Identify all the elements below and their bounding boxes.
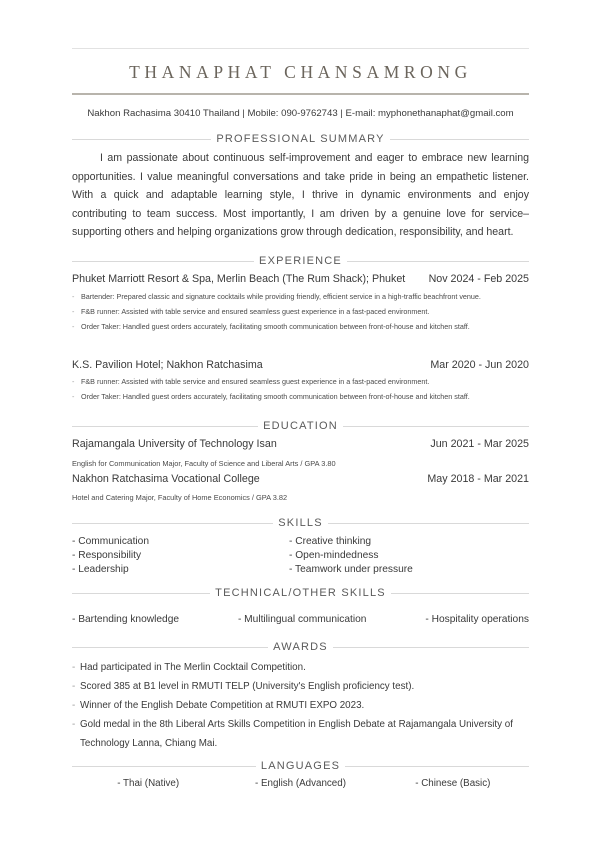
list-item: -F&B runner: Assisted with table service… bbox=[72, 377, 529, 387]
dash-icon: - bbox=[72, 292, 74, 302]
dash-icon: - bbox=[72, 715, 75, 734]
dash-icon: - bbox=[72, 392, 74, 402]
job-employer: Phuket Marriott Resort & Spa, Merlin Bea… bbox=[72, 273, 405, 285]
job-dates: Nov 2024 - Feb 2025 bbox=[429, 273, 529, 285]
school-detail: Hotel and Catering Major, Faculty of Hom… bbox=[72, 493, 529, 502]
name-divider bbox=[72, 93, 529, 95]
section-title: LANGUAGES bbox=[256, 760, 345, 772]
candidate-name: THANAPHAT CHANSAMRONG bbox=[72, 62, 529, 83]
list-item: -Scored 385 at B1 level in RMUTI TELP (U… bbox=[72, 677, 529, 696]
skill-item: - Open-mindedness bbox=[289, 549, 529, 563]
awards-list: -Had participated in The Merlin Cocktail… bbox=[72, 658, 529, 753]
divider-line bbox=[72, 647, 268, 648]
dash-icon: - bbox=[72, 677, 75, 696]
skills-list: - Communication - Responsibility - Leade… bbox=[72, 535, 529, 577]
section-title: EDUCATION bbox=[258, 420, 343, 432]
job-dates: Mar 2020 - Jun 2020 bbox=[430, 359, 529, 371]
school-header: Nakhon Ratchasima Vocational College May… bbox=[72, 473, 529, 485]
divider-line bbox=[72, 261, 254, 262]
list-item: -Bartender: Prepared classic and signatu… bbox=[72, 292, 529, 302]
section-header-languages: LANGUAGES bbox=[72, 759, 529, 773]
language-item: - Thai (Native) bbox=[72, 778, 224, 789]
job-header: Phuket Marriott Resort & Spa, Merlin Bea… bbox=[72, 273, 529, 285]
school-header: Rajamangala University of Technology Isa… bbox=[72, 438, 529, 450]
dash-icon: - bbox=[72, 377, 74, 387]
section-header-awards: AWARDS bbox=[72, 640, 529, 654]
skill-item: - Leadership bbox=[72, 563, 289, 577]
job-employer: K.S. Pavilion Hotel; Nakhon Ratchasima bbox=[72, 359, 263, 371]
summary-text: I am passionate about continuous self-im… bbox=[72, 149, 529, 242]
divider-line bbox=[72, 593, 210, 594]
list-item: -F&B runner: Assisted with table service… bbox=[72, 307, 529, 317]
section-header-skills: SKILLS bbox=[72, 516, 529, 530]
divider-line bbox=[72, 523, 273, 524]
dash-icon: - bbox=[72, 658, 75, 677]
divider-line bbox=[345, 766, 529, 767]
dash-icon: - bbox=[72, 322, 74, 332]
divider-line bbox=[347, 261, 529, 262]
divider-line bbox=[333, 647, 529, 648]
skill-item: - Communication bbox=[72, 535, 289, 549]
section-title: AWARDS bbox=[268, 641, 333, 653]
list-item: -Order Taker: Handled guest orders accur… bbox=[72, 392, 529, 402]
school-name: Nakhon Ratchasima Vocational College bbox=[72, 473, 260, 485]
skills-column-right: - Creative thinking - Open-mindedness - … bbox=[289, 535, 529, 577]
divider-line bbox=[328, 523, 529, 524]
list-item: -Order Taker: Handled guest orders accur… bbox=[72, 322, 529, 332]
job-bullets: -Bartender: Prepared classic and signatu… bbox=[72, 292, 529, 337]
job-header: K.S. Pavilion Hotel; Nakhon Ratchasima M… bbox=[72, 359, 529, 371]
technical-skills-list: - Bartending knowledge - Multilingual co… bbox=[72, 614, 529, 625]
job-bullets: -F&B runner: Assisted with table service… bbox=[72, 377, 529, 407]
divider-line bbox=[72, 766, 256, 767]
dash-icon: - bbox=[72, 307, 74, 317]
section-header-technical: TECHNICAL/OTHER SKILLS bbox=[72, 586, 529, 600]
divider-line bbox=[72, 139, 211, 140]
contact-info: Nakhon Rachasima 30410 Thailand | Mobile… bbox=[72, 108, 529, 119]
divider-line bbox=[390, 139, 529, 140]
skill-item: - Responsibility bbox=[72, 549, 289, 563]
dash-icon: - bbox=[72, 696, 75, 715]
divider-line bbox=[343, 426, 529, 427]
language-item: - English (Advanced) bbox=[224, 778, 376, 789]
top-divider bbox=[72, 48, 529, 49]
section-title: TECHNICAL/OTHER SKILLS bbox=[210, 587, 391, 599]
skill-item: - Creative thinking bbox=[289, 535, 529, 549]
skills-column-left: - Communication - Responsibility - Leade… bbox=[72, 535, 289, 577]
section-header-experience: EXPERIENCE bbox=[72, 254, 529, 268]
school-dates: Jun 2021 - Mar 2025 bbox=[430, 438, 529, 450]
school-dates: May 2018 - Mar 2021 bbox=[427, 473, 529, 485]
section-title: PROFESSIONAL SUMMARY bbox=[211, 133, 389, 145]
technical-skill-item: - Bartending knowledge bbox=[72, 614, 179, 625]
list-item: -Gold medal in the 8th Liberal Arts Skil… bbox=[72, 715, 529, 753]
skill-item: - Teamwork under pressure bbox=[289, 563, 529, 577]
section-title: EXPERIENCE bbox=[254, 255, 347, 267]
section-header-education: EDUCATION bbox=[72, 419, 529, 433]
divider-line bbox=[72, 426, 258, 427]
technical-skill-item: - Multilingual communication bbox=[238, 614, 367, 625]
section-header-summary: PROFESSIONAL SUMMARY bbox=[72, 132, 529, 146]
school-detail: English for Communication Major, Faculty… bbox=[72, 459, 529, 468]
school-name: Rajamangala University of Technology Isa… bbox=[72, 438, 277, 450]
languages-list: - Thai (Native) - English (Advanced) - C… bbox=[72, 778, 529, 789]
divider-line bbox=[391, 593, 529, 594]
section-title: SKILLS bbox=[273, 517, 328, 529]
list-item: -Had participated in The Merlin Cocktail… bbox=[72, 658, 529, 677]
technical-skill-item: - Hospitality operations bbox=[425, 614, 529, 625]
language-item: - Chinese (Basic) bbox=[377, 778, 529, 789]
list-item: -Winner of the English Debate Competitio… bbox=[72, 696, 529, 715]
